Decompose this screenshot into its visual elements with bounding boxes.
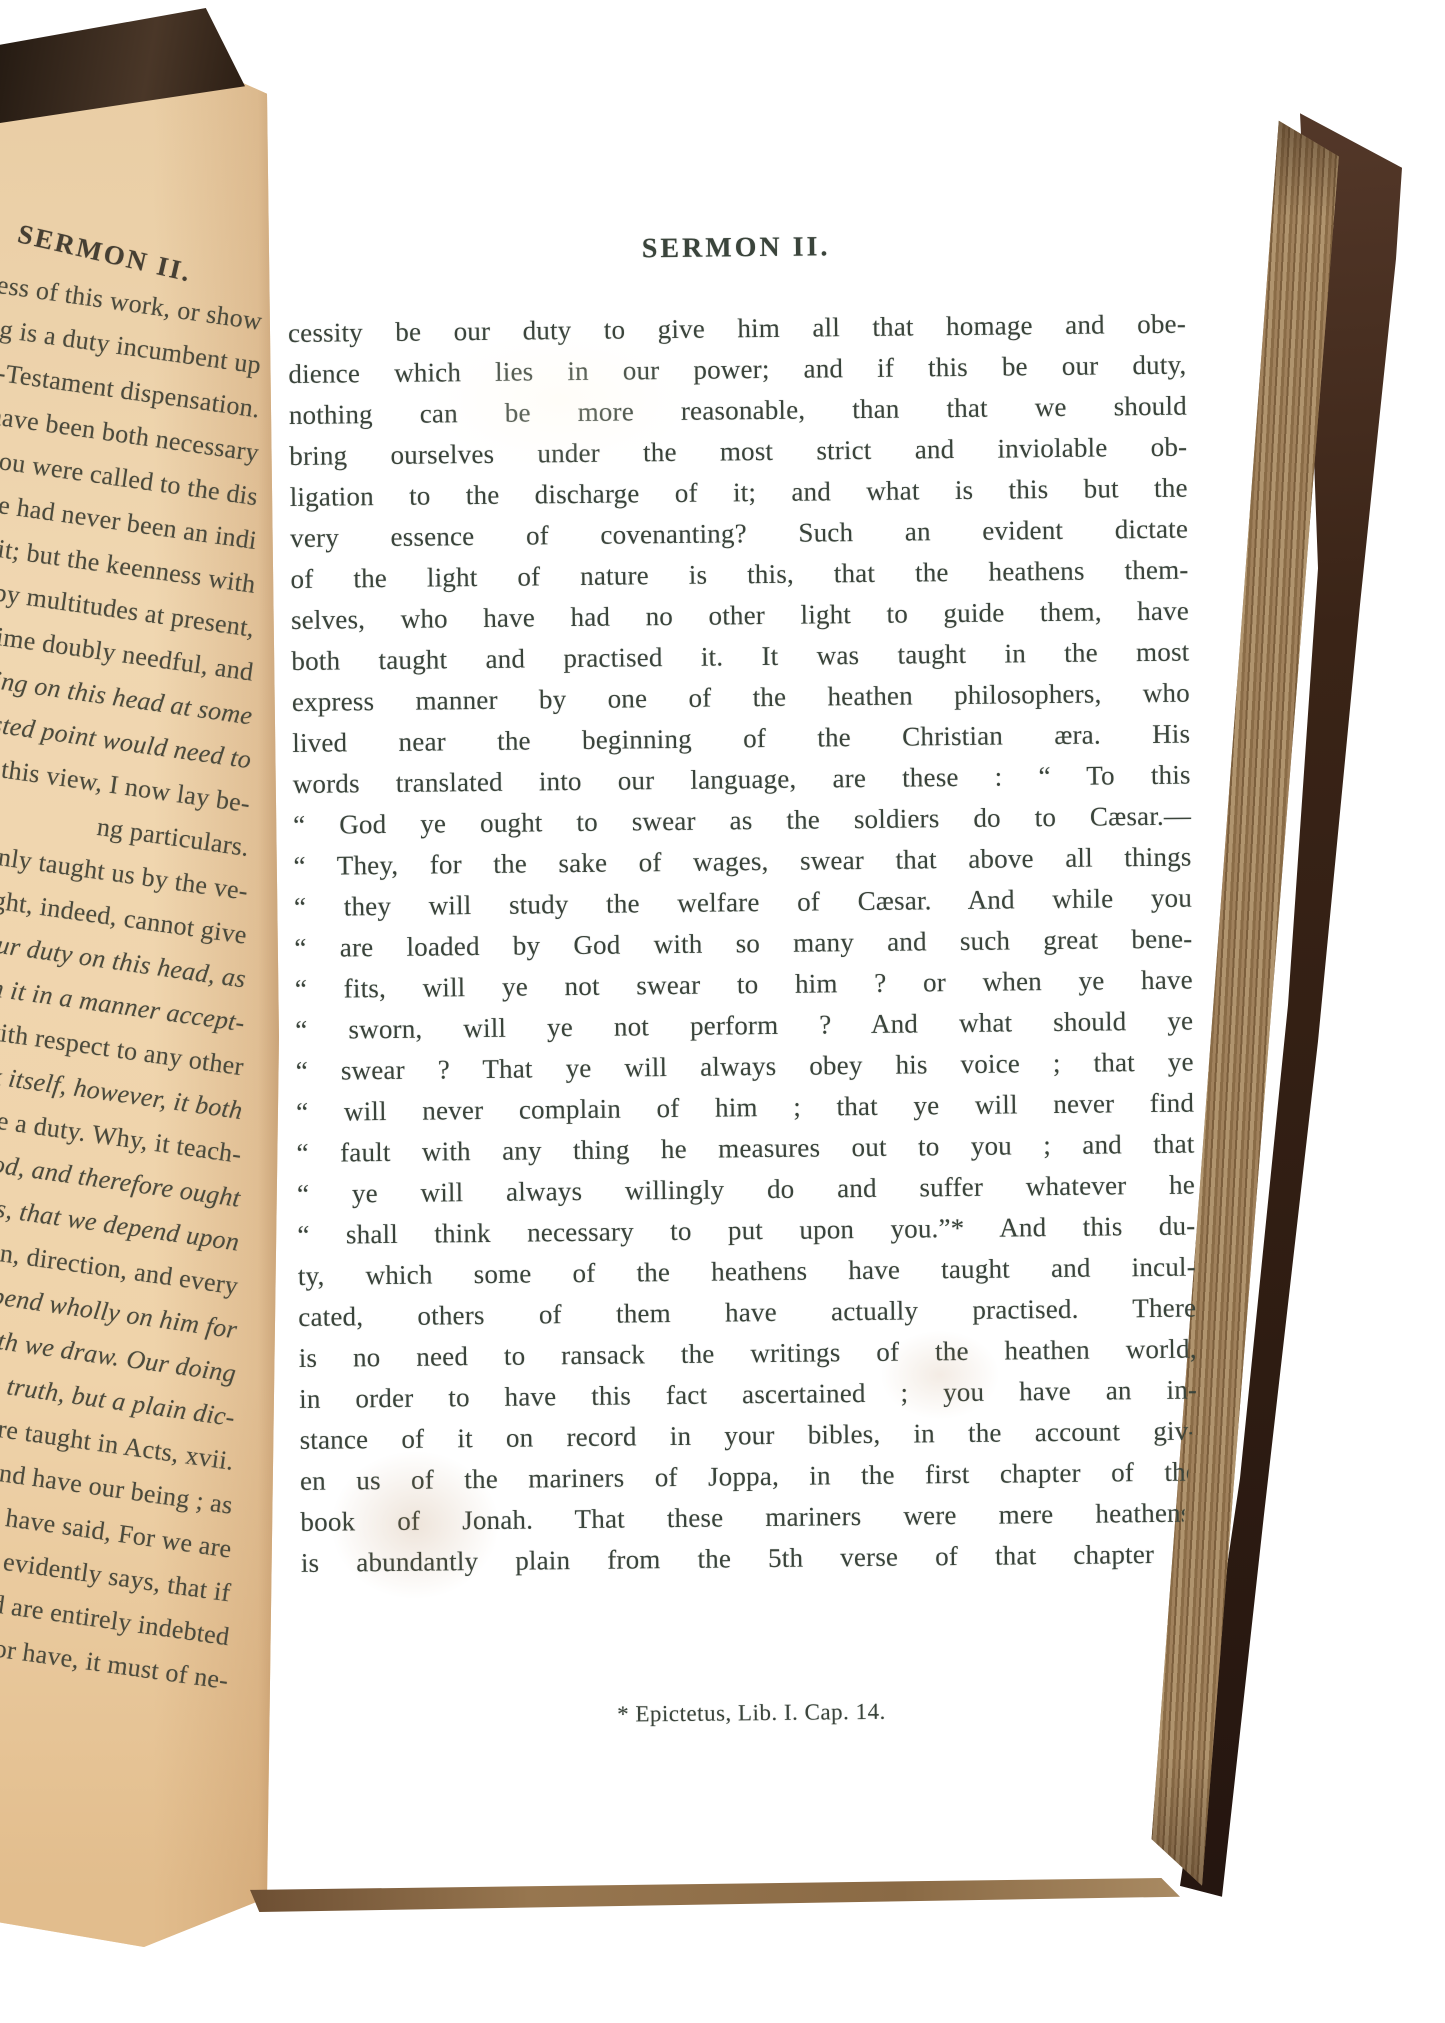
right-page: SERMON II. 35 cessity be our duty to giv…	[252, 95, 1327, 1900]
right-page-lines: cessity be our duty to give him all that…	[288, 304, 1199, 1584]
running-head-row: SERMON II. 35	[287, 228, 1185, 281]
body-line: is abundantly plain from the 5th verse o…	[301, 1534, 1199, 1584]
left-page-lines: e warrantableness of this work, or shows…	[0, 300, 262, 1708]
right-page-text: SERMON II. 35 cessity be our duty to giv…	[287, 228, 1185, 281]
book-photo: SERMON II. e warrantableness of this wor…	[0, 0, 1445, 2023]
footnote: * Epictetus, Lib. I. Cap. 14.	[302, 1696, 1200, 1731]
right-page-header: SERMON II.	[287, 228, 1185, 269]
